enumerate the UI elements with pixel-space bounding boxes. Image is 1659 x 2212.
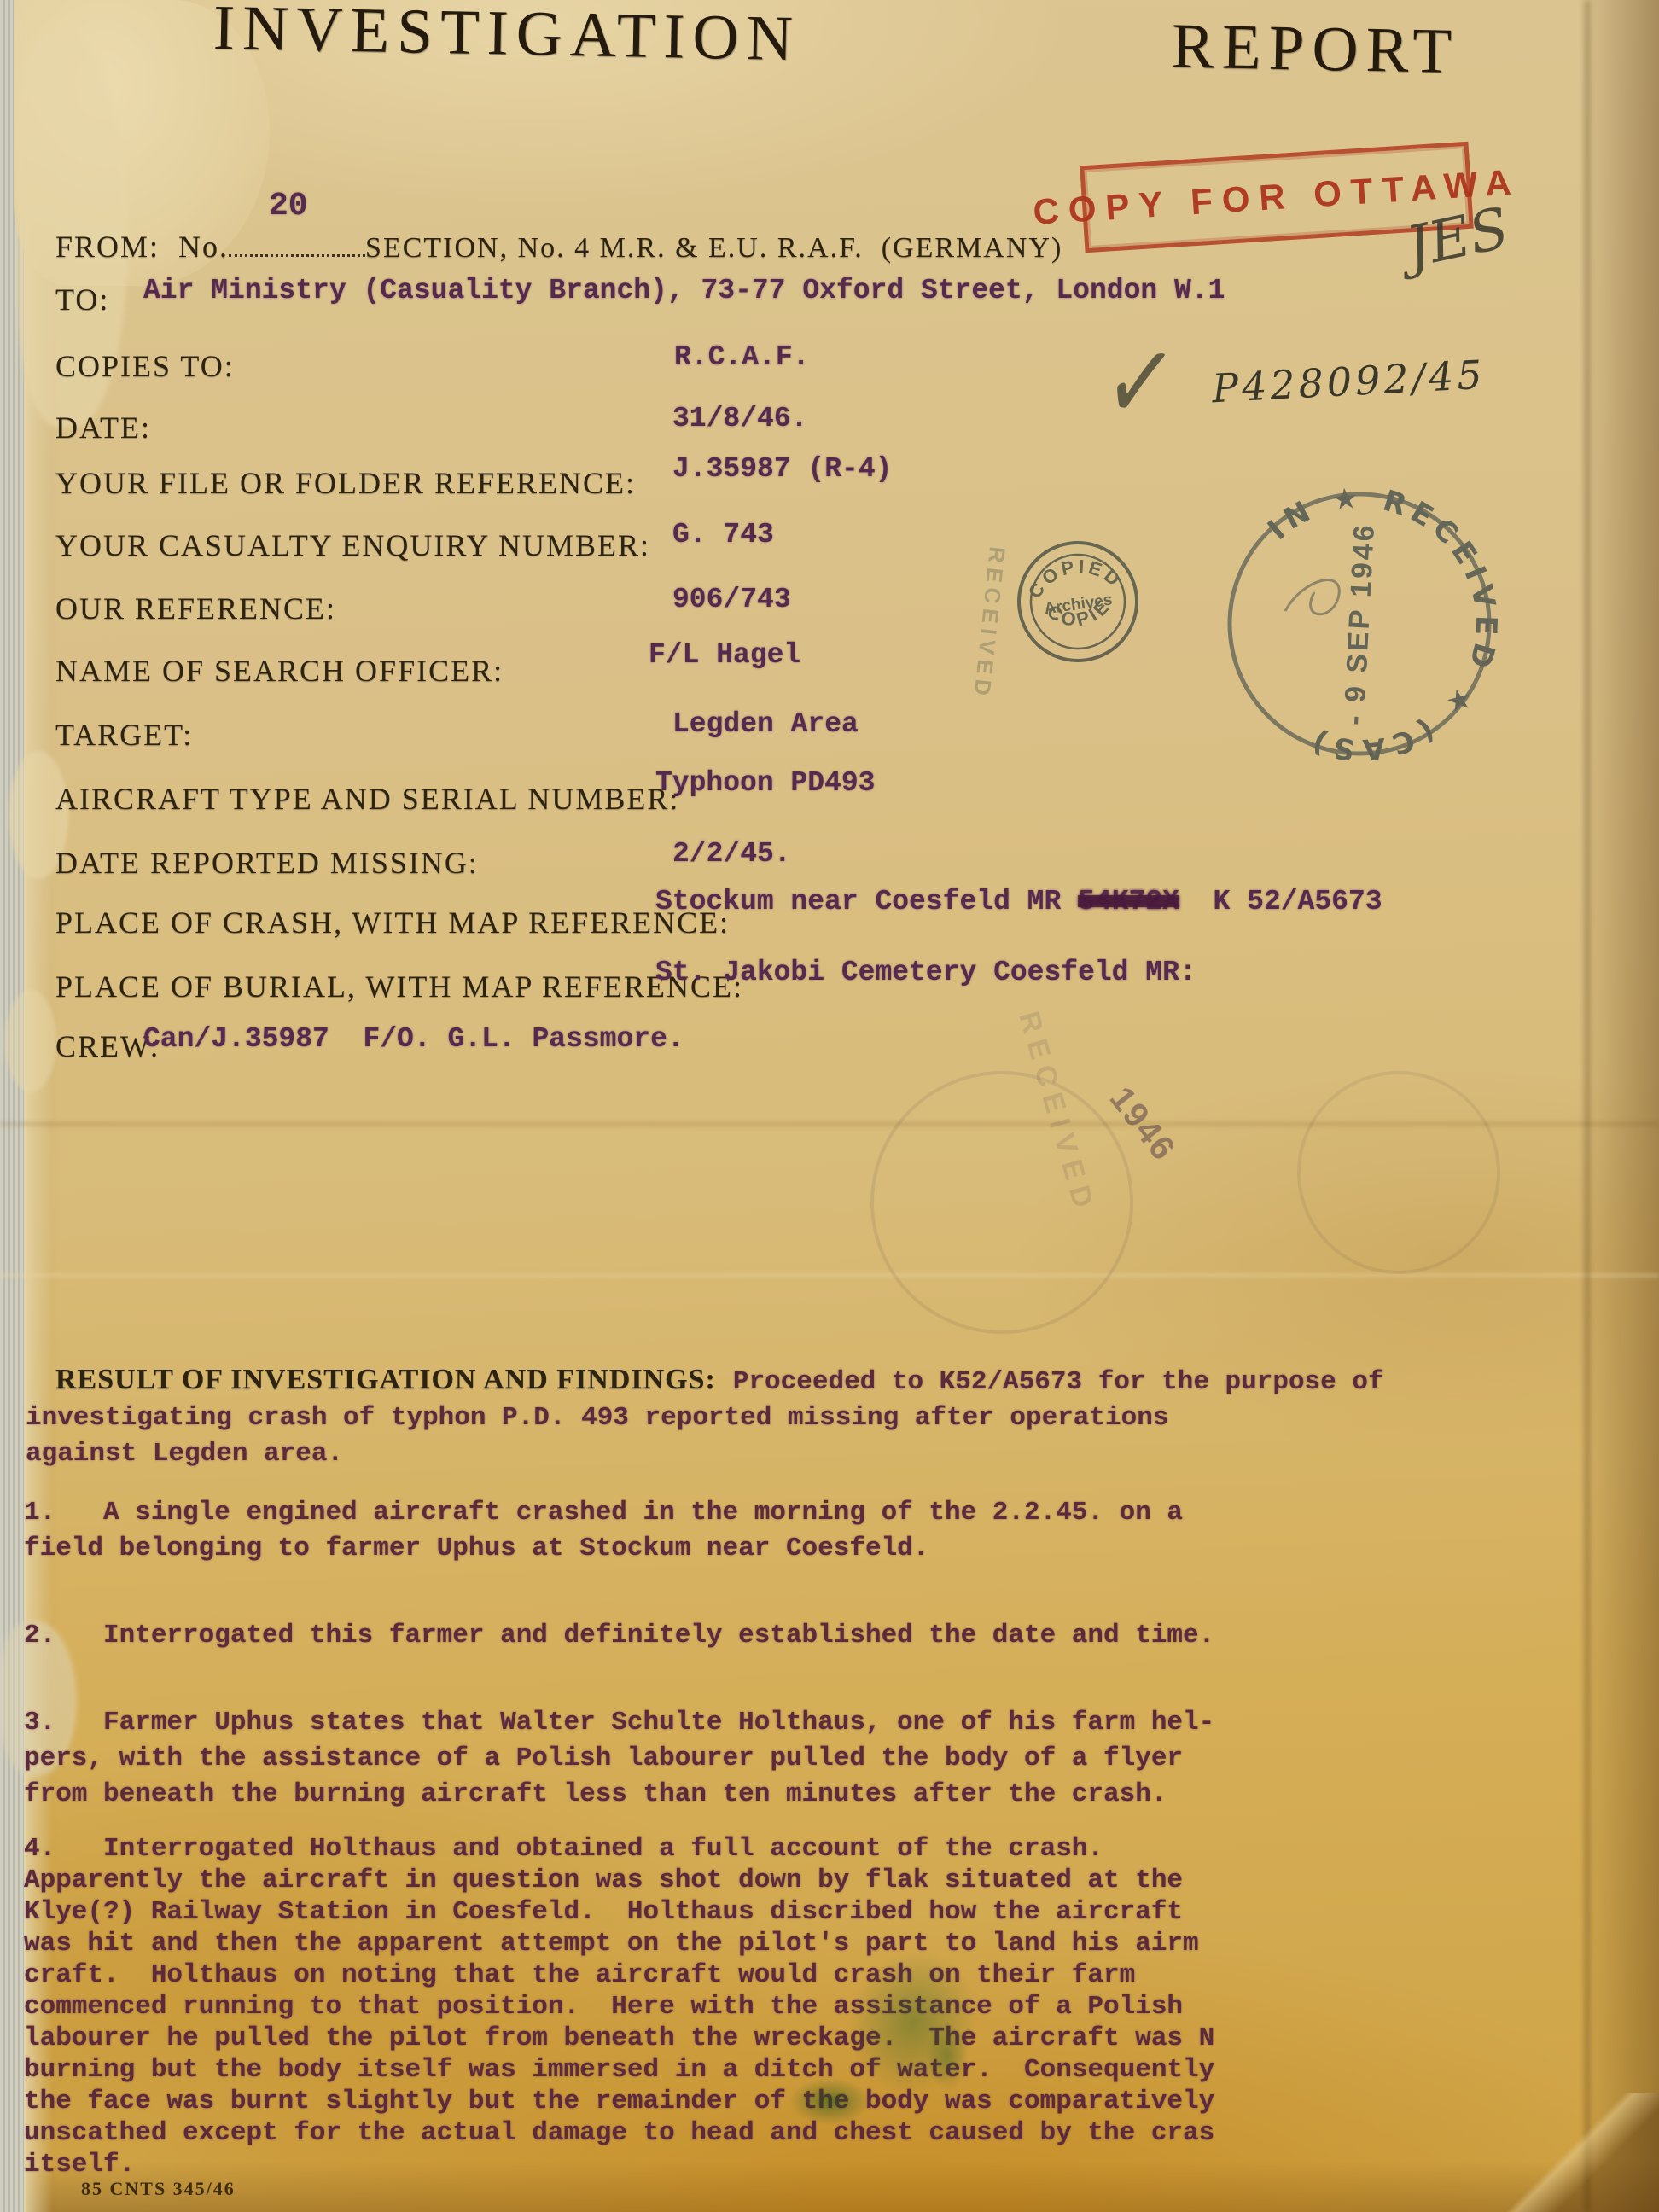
- field-value: 906/743: [672, 584, 791, 615]
- field-place-of-crash: PLACE OF CRASH, WITH MAP REFERENCE: Stoc…: [0, 905, 1659, 949]
- field-label: TO:: [55, 282, 109, 317]
- form-number-footer: 85 CNTS 345/46: [81, 2178, 236, 2200]
- field-label: PLACE OF BURIAL, WITH MAP REFERENCE:: [55, 969, 743, 1004]
- field-aircraft-type: AIRCRAFT TYPE AND SERIAL NUMBER: Typhoon…: [0, 781, 1659, 825]
- field-label: PLACE OF CRASH, WITH MAP REFERENCE:: [55, 905, 730, 940]
- page-title: INVESTIGATION REPORT: [212, 0, 1459, 89]
- field-value: Typhoon PD493: [655, 767, 875, 799]
- field-label: TARGET:: [55, 717, 193, 753]
- paragraph-3: 3. Farmer Uphus states that Walter Schul…: [24, 1705, 1637, 1813]
- green-ink-smudge: [789, 2078, 870, 2125]
- crash-value-pre: Stockum near Coesfeld MR: [655, 886, 1078, 917]
- findings-label: RESULT OF INVESTIGATION AND FINDINGS:: [55, 1364, 716, 1395]
- findings-section: RESULT OF INVESTIGATION AND FINDINGS:Pro…: [26, 1362, 1630, 1472]
- field-value: R.C.A.F.: [674, 341, 809, 373]
- from-label: FROM: No.: [55, 230, 229, 264]
- investigation-report-document: INVESTIGATION REPORT COPY FOR OTTAWA JES…: [0, 0, 1659, 2212]
- field-label: NAME OF SEARCH OFFICER:: [55, 653, 504, 689]
- field-date: DATE: 31/8/46.: [0, 410, 1659, 454]
- field-crew: CREW: Can/J.35987 F/O. G.L. Passmore.: [0, 1028, 1659, 1073]
- field-value: F/L Hagel: [649, 639, 800, 671]
- field-from: FROM: No.SECTION, No. 4 M.R. & E.U. R.A.…: [55, 229, 1062, 265]
- field-value: Stockum near Coesfeld MR 54K72X K 52/A56…: [655, 886, 1382, 917]
- field-label: AIRCRAFT TYPE AND SERIAL NUMBER:: [55, 781, 679, 817]
- crash-value-struck: 54K72X: [1078, 886, 1179, 917]
- paragraph-1: 1. A single engined aircraft crashed in …: [24, 1495, 1637, 1567]
- title-word-investigation: INVESTIGATION: [212, 0, 800, 76]
- paragraph-2: 2. Interrogated this farmer and definite…: [24, 1618, 1637, 1654]
- copied-archives-stamp: COPIED Archives COPIE: [1005, 529, 1150, 673]
- from-number-value: 20: [269, 188, 308, 224]
- field-label: COPIES TO:: [55, 348, 235, 384]
- field-label: YOUR FILE OR FOLDER REFERENCE:: [55, 465, 636, 501]
- dotted-leader: [229, 229, 365, 257]
- title-word-report: REPORT: [1171, 10, 1460, 89]
- horizontal-crease: [0, 1273, 1659, 1278]
- field-value: Air Ministry (Casuality Branch), 73-77 O…: [143, 275, 1225, 306]
- field-value: St. Jakobi Cemetery Coesfeld MR:: [655, 957, 1196, 988]
- received-cas-stamp: IN ★ RECEIVED ★ (CAS) - 9 SEP 1946: [1219, 483, 1500, 765]
- field-value: J.35987 (R-4): [672, 453, 892, 485]
- field-label: DATE:: [55, 410, 151, 445]
- field-label: YOUR CASUALTY ENQUIRY NUMBER:: [55, 527, 650, 563]
- field-value: 31/8/46.: [672, 403, 807, 434]
- paragraph-4: 4. Interrogated Holthaus and obtained a …: [24, 1833, 1641, 2180]
- field-to: TO: Air Ministry (Casuality Branch), 73-…: [0, 282, 1659, 326]
- field-value: 2/2/45.: [672, 838, 791, 870]
- field-value: Can/J.35987 F/O. G.L. Passmore.: [143, 1023, 684, 1055]
- crash-value-post: K 52/A5673: [1179, 886, 1382, 917]
- field-value: G. 743: [672, 519, 774, 550]
- received-stamp-date: - 9 SEP 1946: [1338, 521, 1381, 725]
- field-date-missing: DATE REPORTED MISSING: 2/2/45.: [0, 845, 1659, 889]
- received-stamp-scribble: [1285, 580, 1339, 614]
- from-section-label: SECTION, No. 4 M.R. & E.U. R.A.F. (GERMA…: [365, 232, 1062, 264]
- field-label: DATE REPORTED MISSING:: [55, 845, 479, 881]
- field-copies-to: COPIES TO: R.C.A.F.: [0, 348, 1659, 393]
- field-place-of-burial: PLACE OF BURIAL, WITH MAP REFERENCE: St.…: [0, 969, 1659, 1013]
- green-ink-smudge: [926, 2023, 969, 2091]
- ghost-stamp-circle: [834, 1034, 1171, 1371]
- field-value: Legden Area: [672, 708, 859, 740]
- ghost-stamp-circle: [1278, 1052, 1519, 1293]
- field-label: OUR REFERENCE:: [55, 591, 336, 626]
